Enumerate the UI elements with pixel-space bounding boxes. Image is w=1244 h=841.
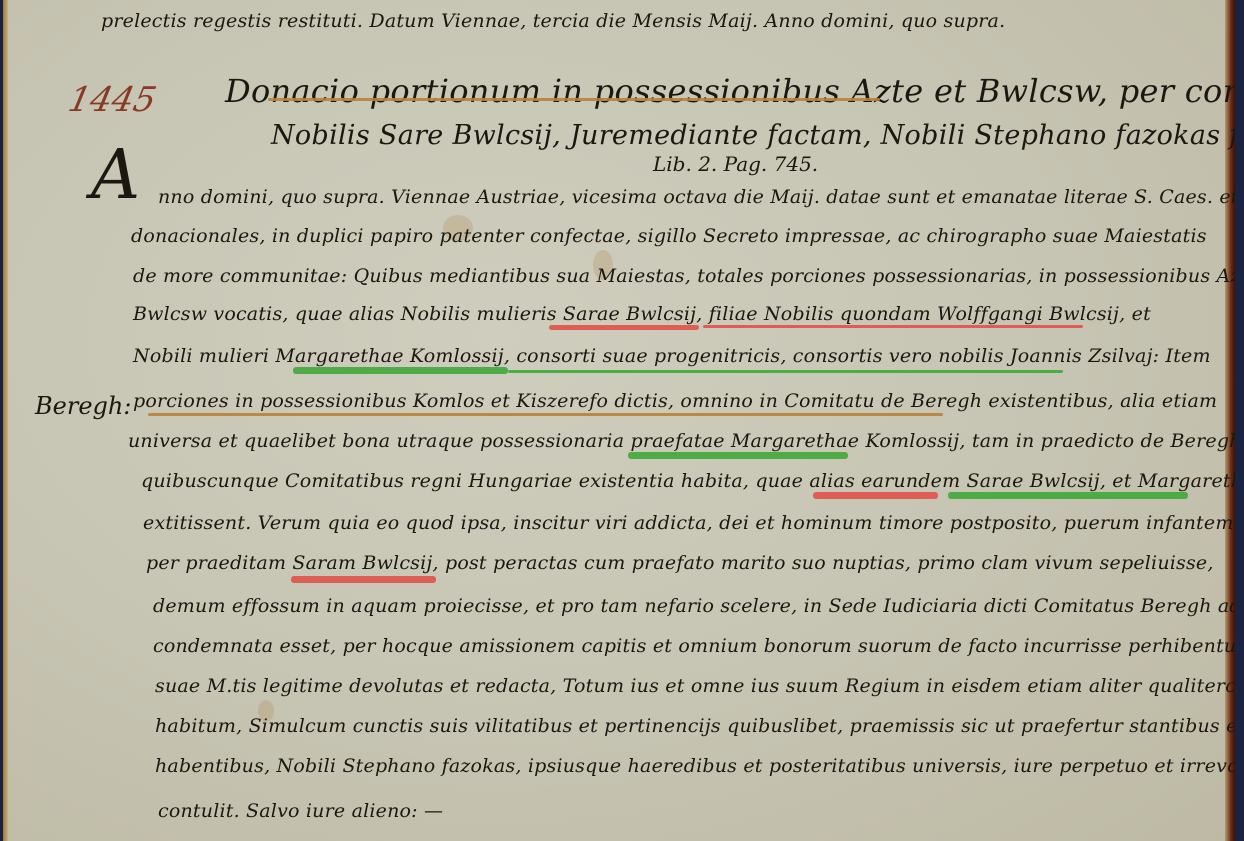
margin-entry-number: 1445 (65, 80, 160, 120)
body-line: donacionales, in duplici papiro patenter… (131, 225, 1207, 247)
body-line: habentibus, Nobili Stephano fazokas, ips… (155, 755, 1235, 777)
body-line: quibuscunque Comitatibus regni Hungariae… (141, 470, 1235, 492)
highlight-red (549, 325, 699, 330)
highlight-red (703, 325, 1083, 328)
body-line: contulit. Salvo iure alieno: — (158, 800, 443, 822)
manuscript-page: 1445 Beregh: prelectis regestis restitut… (3, 0, 1235, 841)
body-line: Nobili mulieri Margarethae Komlossij, co… (133, 345, 1211, 367)
highlight-green (293, 367, 508, 374)
entry-title-line-1: Donacio portionum in possessionibus Azte… (225, 72, 1235, 110)
body-line: de more communitae: Quibus mediantibus s… (133, 265, 1235, 287)
body-line: habitum, Simulcum cunctis suis vilitatib… (155, 715, 1235, 737)
highlight-orange-title (268, 98, 880, 101)
body-line: nno domini, quo supra. Viennae Austriae,… (158, 186, 1235, 208)
drop-cap: A (91, 142, 140, 210)
highlight-red (291, 576, 436, 583)
body-line: per praeditam Saram Bwlcsij, post peract… (146, 552, 1214, 574)
body-line: condemnata esset, per hocque amissionem … (153, 635, 1235, 657)
book-page-reference: Lib. 2. Pag. 745. (653, 152, 818, 176)
highlight-green (508, 370, 1063, 373)
highlight-orange (148, 413, 943, 416)
top-closing-line: prelectis regestis restituti. Datum Vien… (101, 10, 1005, 32)
body-line: suae M.tis legitime devolutas et redacta… (155, 675, 1235, 697)
entry-title-line-2: Nobilis Sare Bwlcsij, Juremediante facta… (271, 120, 1235, 151)
body-line: universa et quaelibet bona utraque posse… (128, 430, 1235, 452)
highlight-green (628, 452, 848, 459)
highlight-red (813, 492, 938, 499)
body-line: demum effossum in aquam proiecisse, et p… (153, 595, 1235, 617)
page-edge-left (3, 0, 8, 841)
body-line: porciones in possessionibus Komlos et Ki… (133, 390, 1217, 412)
body-line: Bwlcsw vocatis, quae alias Nobilis mulie… (133, 303, 1151, 325)
body-line: extitissent. Verum quia eo quod ipsa, in… (143, 512, 1234, 534)
highlight-green (948, 492, 1188, 499)
margin-county-note: Beregh: (35, 392, 131, 420)
